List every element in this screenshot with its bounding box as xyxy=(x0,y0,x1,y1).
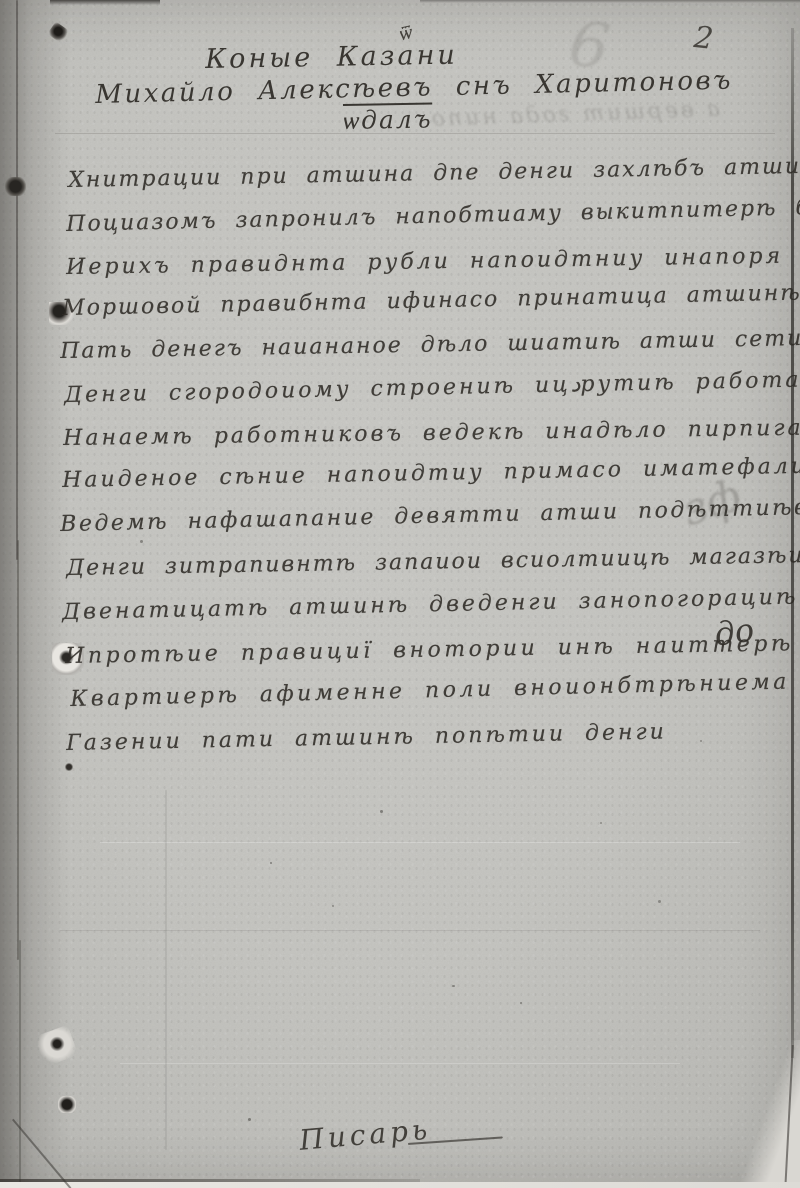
paper-crease xyxy=(165,790,167,1150)
folio-number: 2 xyxy=(692,20,715,57)
fleck xyxy=(140,540,143,543)
manuscript-line: Двенатицатѣ атшинѣ дведенги занопогораци… xyxy=(62,585,799,625)
binding-crease xyxy=(16,0,18,560)
fold-crease xyxy=(120,1063,680,1064)
manuscript-line: Пать денегъ наиананое дѣло шиатиѣ атши с… xyxy=(60,325,800,364)
fleck xyxy=(270,862,272,864)
fleck xyxy=(700,740,702,742)
manuscript-line: Квартиерѣ афименне поли вноионбтрѣниема xyxy=(70,669,790,712)
fleck xyxy=(248,1118,251,1121)
manuscript-page: 6 а вершит года нипо зф 2 ѿ Коные Казани… xyxy=(0,0,800,1188)
manuscript-line: Газении пати атшинѣ попѣтии денги xyxy=(66,719,667,756)
margin-note: до xyxy=(712,610,756,653)
manuscript-line: Поциазомъ запронилъ напобтиаму выкитпите… xyxy=(66,194,800,237)
manuscript-line: Денги сгородоиому строениѣ ицدрутиѣ рабо… xyxy=(64,368,800,408)
bleed-through-text: а вершит года нипо xyxy=(420,97,721,132)
binding-crease xyxy=(17,540,19,960)
manuscript-line: Ипротѣие правициї внотории инѣ наиттерѣ xyxy=(65,631,794,669)
top-edge-shadow xyxy=(420,0,800,3)
fleck xyxy=(332,905,334,907)
fleck xyxy=(658,900,661,903)
header-docket: ѡдалъ xyxy=(343,104,433,136)
manuscript-line: Хнитрации при атшина дпе денги захлѣбъ а… xyxy=(68,153,800,193)
fold-crease xyxy=(100,842,740,843)
fleck xyxy=(520,1002,522,1004)
binding-strip xyxy=(0,0,70,1188)
fleck xyxy=(380,810,383,813)
footer-signature: Писарь xyxy=(298,1112,432,1156)
fleck xyxy=(600,822,602,824)
right-edge-slant xyxy=(784,1045,794,1188)
binding-crease xyxy=(19,940,21,1188)
manuscript-line: Моршовой правибнта ифинасо принатица атш… xyxy=(62,281,800,321)
bottom-edge-white xyxy=(0,1182,800,1188)
manuscript-line: Нанаемѣ работниковъ ведекѣ инадѣло пирпи… xyxy=(63,416,800,451)
bottom-right-corner-light xyxy=(740,1040,800,1188)
fleck xyxy=(452,985,455,987)
header-title: Коные Казани xyxy=(205,40,458,75)
manuscript-line: Иерихъ правиднта рубли напоидтниу инапор… xyxy=(66,244,783,280)
manuscript-line: Денги зитрапивнтѣ запаиои всиолтиицѣ маг… xyxy=(66,543,800,581)
